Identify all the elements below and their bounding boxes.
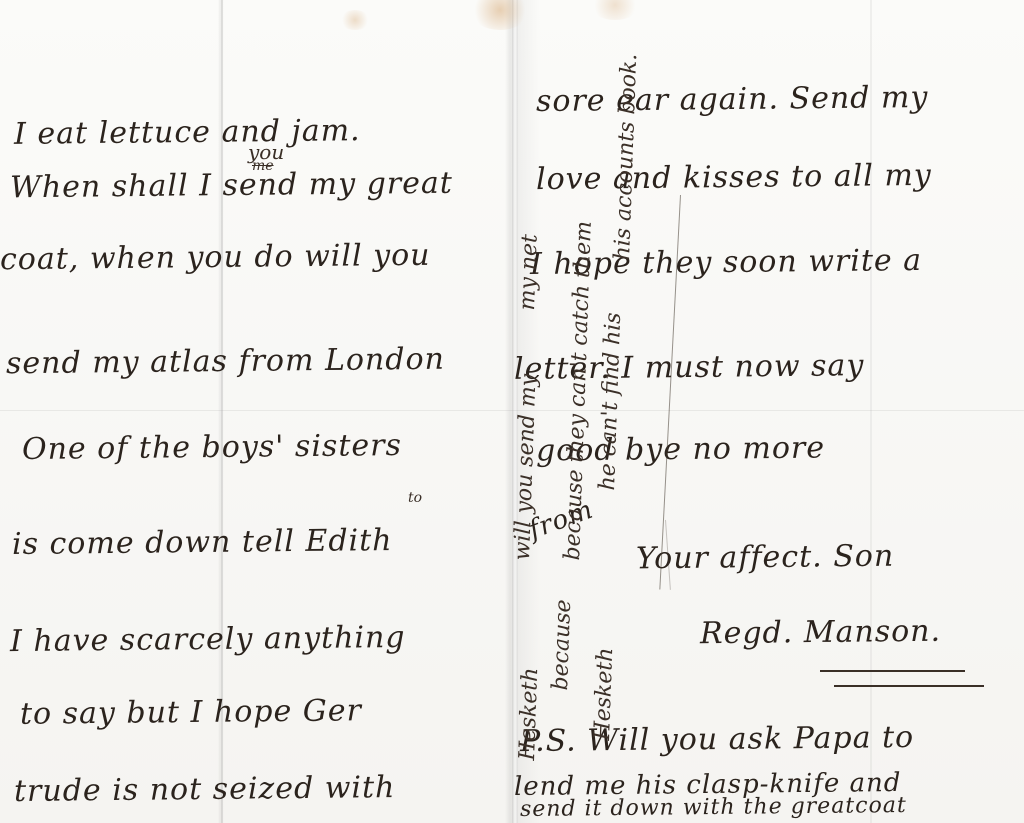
fold-line-right [870, 0, 872, 823]
cross-writing-fragment: Hesketh [590, 647, 618, 741]
cross-writing-line: my net [515, 234, 543, 311]
letter-line: is come down tell Edith [12, 523, 393, 562]
paper-stain [470, 0, 530, 30]
letter-line: I eat lettuce and jam. [14, 113, 361, 152]
signature-underline [820, 670, 965, 672]
cross-writing-fragment: Hesketh [515, 667, 543, 761]
letter-line: to say but I hope Ger [20, 693, 362, 732]
postscript-line: send it down with the greatcoat [520, 793, 907, 822]
letter-line: One of the boys' sisters [22, 428, 402, 467]
cross-writing-fragment: because [548, 599, 576, 691]
signature: Regd. Manson. [700, 614, 941, 652]
fold-line-horizontal [0, 410, 1024, 411]
signature-underline [834, 685, 984, 687]
insertion-to: to [408, 490, 422, 506]
letter-line: I have scarcely anything [10, 620, 406, 659]
letter-line: trude is not seized with [14, 770, 396, 809]
letter-line: send my atlas from London [6, 342, 445, 382]
letter-line: sore ear again. Send my [536, 80, 929, 119]
closing-line: Your affect. Son [636, 539, 895, 577]
letter-line: When shall I send my great [10, 166, 453, 206]
letter-line: love and kisses to all my [536, 158, 932, 197]
letter-page: I eat lettuce and jam. you me When shall… [0, 0, 1024, 823]
paper-stain [340, 10, 370, 30]
letter-line: coat, when you do will you [0, 238, 431, 278]
paper-stain [590, 0, 640, 20]
postscript-line: P.S. Will you ask Papa to [520, 720, 915, 759]
